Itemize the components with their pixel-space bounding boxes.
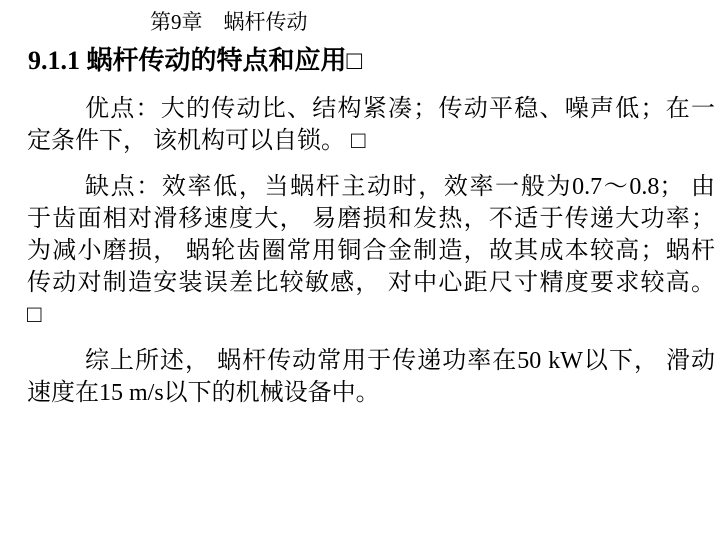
text-line: 传动对制造安装误差比较敏感， 对中心距尺寸精度要求较高。 xyxy=(27,267,715,299)
text-line: 定条件下， 该机构可以自锁。 □ xyxy=(27,125,715,157)
text-line: 速度在15 m/s以下的机械设备中。 xyxy=(27,377,715,409)
slide-body: 优点：大的传动比、结构紧凑；传动平稳、噪声低；在一 定条件下， 该机构可以自锁。… xyxy=(27,93,715,423)
paragraph-disadvantages: 缺点：效率低，当蜗杆主动时，效率一般为0.7～0.8； 由 于齿面相对滑移速度大… xyxy=(27,171,715,331)
text-line: 综上所述， 蜗杆传动常用于传递功率在50 kW以下， 滑动 xyxy=(27,345,715,377)
paragraph-advantages: 优点：大的传动比、结构紧凑；传动平稳、噪声低；在一 定条件下， 该机构可以自锁。… xyxy=(27,93,715,157)
text-line: 缺点：效率低，当蜗杆主动时，效率一般为0.7～0.8； 由 xyxy=(27,171,715,203)
paragraph-summary: 综上所述， 蜗杆传动常用于传递功率在50 kW以下， 滑动 速度在15 m/s以… xyxy=(27,345,715,409)
chapter-header: 第9章 蜗杆传动 xyxy=(150,10,308,34)
section-title: 9.1.1 蜗杆传动的特点和应用□ xyxy=(28,44,362,78)
text-line: 为减小磨损， 蜗轮齿圈常用铜合金制造，故其成本较高；蜗杆 xyxy=(27,235,715,267)
text-line: □ xyxy=(27,299,715,331)
text-line: 优点：大的传动比、结构紧凑；传动平稳、噪声低；在一 xyxy=(27,93,715,125)
slide: 第9章 蜗杆传动 9.1.1 蜗杆传动的特点和应用□ 优点：大的传动比、结构紧凑… xyxy=(0,0,720,540)
text-line: 于齿面相对滑移速度大， 易磨损和发热，不适于传递大功率； xyxy=(27,203,715,235)
